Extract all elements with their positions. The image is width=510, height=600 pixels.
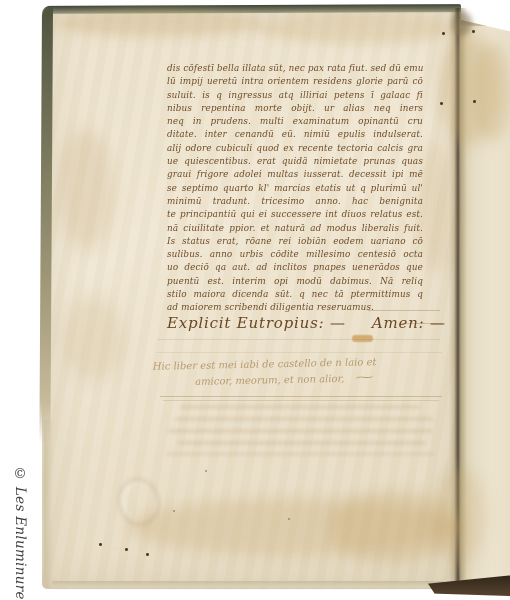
show-through-line (168, 429, 432, 433)
manuscript-line: Is status erat, rōane rei iobiān eodem u… (167, 236, 423, 249)
show-through-line (180, 405, 420, 409)
manuscript-line: nā ciuilitate ppior. et naturā ad modus … (167, 223, 423, 236)
ruling-line (158, 339, 440, 340)
wormhole (125, 548, 128, 551)
wormhole (442, 32, 445, 35)
explicit-text: Explicit Eutropius: — (167, 314, 346, 332)
wormhole (440, 102, 443, 105)
manuscript-line: nibus repentina morte obijt. ur alias ne… (167, 103, 423, 116)
manuscript-line: dis cōfestī bella illata sūt, nec pax ra… (167, 63, 423, 76)
manuscript-line: lū impij ueretū intra orientem residens … (167, 76, 423, 89)
manuscript-line: ditate. inter cenandū eū. nimiū epulis i… (167, 129, 423, 142)
ruling-line (163, 400, 439, 401)
stain (62, 298, 124, 380)
speck (173, 510, 175, 512)
show-through-line (175, 417, 433, 421)
show-through-line (166, 452, 434, 456)
manuscript-line: sulibus. anno urbis cōdite millesimo cen… (167, 249, 423, 262)
manuscript-line: alij odore cubiculi quod ex recente tect… (167, 143, 423, 156)
stain (430, 468, 486, 565)
ex-libris-note: Hic liber est mei iabi de castello de n … (153, 354, 422, 391)
manuscript-line: graui frigore adolei multas iusserat. de… (167, 169, 423, 182)
explicit-line: Explicit Eutropius: — Amen: — (167, 314, 441, 332)
explicit-amen: Amen: — (372, 314, 446, 332)
show-through-line (178, 441, 426, 445)
page-bottom-edge (52, 581, 444, 590)
stain (472, 42, 510, 142)
manuscript-line: minimū tradunt. tricesimo anno. hac beni… (167, 196, 423, 209)
manuscript-text-block: dis cōfestī bella illata sūt, nec pax ra… (167, 63, 423, 316)
speck (288, 518, 290, 520)
manuscript-line: te principantiū qui ei successere int di… (167, 209, 423, 222)
page-left-edge-lower (44, 420, 53, 588)
manuscript-photo: dis cōfestī bella illata sūt, nec pax ra… (0, 0, 510, 600)
wormhole (473, 100, 476, 103)
manuscript-line: puentū est. interim opi modū dabimus. Nā… (167, 276, 423, 289)
speck (205, 470, 207, 472)
copyright-watermark: © Les Enluminures (12, 466, 28, 600)
manuscript-line: ue quiescentibus. erat quidā nimietate p… (167, 156, 423, 169)
stain (55, 10, 265, 37)
wormhole (146, 553, 149, 556)
stain (258, 13, 460, 44)
manuscript-line: se septimo quarto kl' marcias etatis ut … (167, 183, 423, 196)
pen-flourish: ~ (353, 370, 375, 386)
stain (58, 128, 113, 250)
ruling-line (160, 396, 442, 397)
stain (418, 140, 454, 272)
manuscript-line: suluit. is q ingressus atq illiriai pete… (167, 90, 423, 103)
ruling-line (156, 352, 442, 353)
manuscript-line: neq in prudens. multi examinatum opinant… (167, 116, 423, 129)
wormhole (472, 30, 475, 33)
manuscript-line: stilo maiora dicenda sūt. q nec tā pterm… (167, 289, 423, 302)
manuscript-line: uo deciō qa aut. ad inclitos pnapes uene… (167, 262, 423, 275)
wormhole (99, 543, 102, 546)
